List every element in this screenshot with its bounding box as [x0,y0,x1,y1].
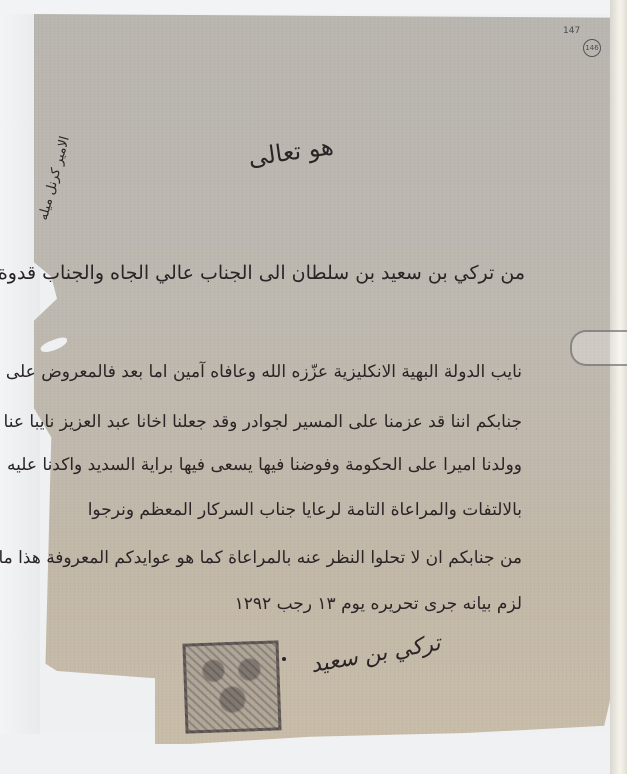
ink-dot [282,657,286,661]
body-line-3: وولدنا اميرا على الحكومة وفوضنا فيها يسع… [7,455,522,475]
background-top [0,0,627,14]
seal-stamp [182,640,281,733]
folio-number-circled: 146 [583,39,601,57]
body-line-5: من جنابكم ان لا تحلوا النظر عنه بالمراعا… [0,548,522,568]
address-line: من تركي بن سعيد بن سلطان الى الجناب عالي… [30,262,525,284]
plastic-clip [570,330,627,366]
binding-edge [610,0,627,774]
body-line-2: جنابكم اننا قد عزمنا على المسير لجوادر و… [4,412,522,432]
background-bottom [0,734,627,774]
body-line-6: لزم بيانه جرى تحريره يوم ١٣ رجب ١٢٩٢ [235,594,522,614]
body-line-4: بالالتفات والمراعاة التامة لرعايا جناب ا… [88,500,522,520]
body-line-1: نايب الدولة البهية الانكليزية عزّزه الله… [6,362,522,382]
folio-number: 147 [563,26,580,36]
